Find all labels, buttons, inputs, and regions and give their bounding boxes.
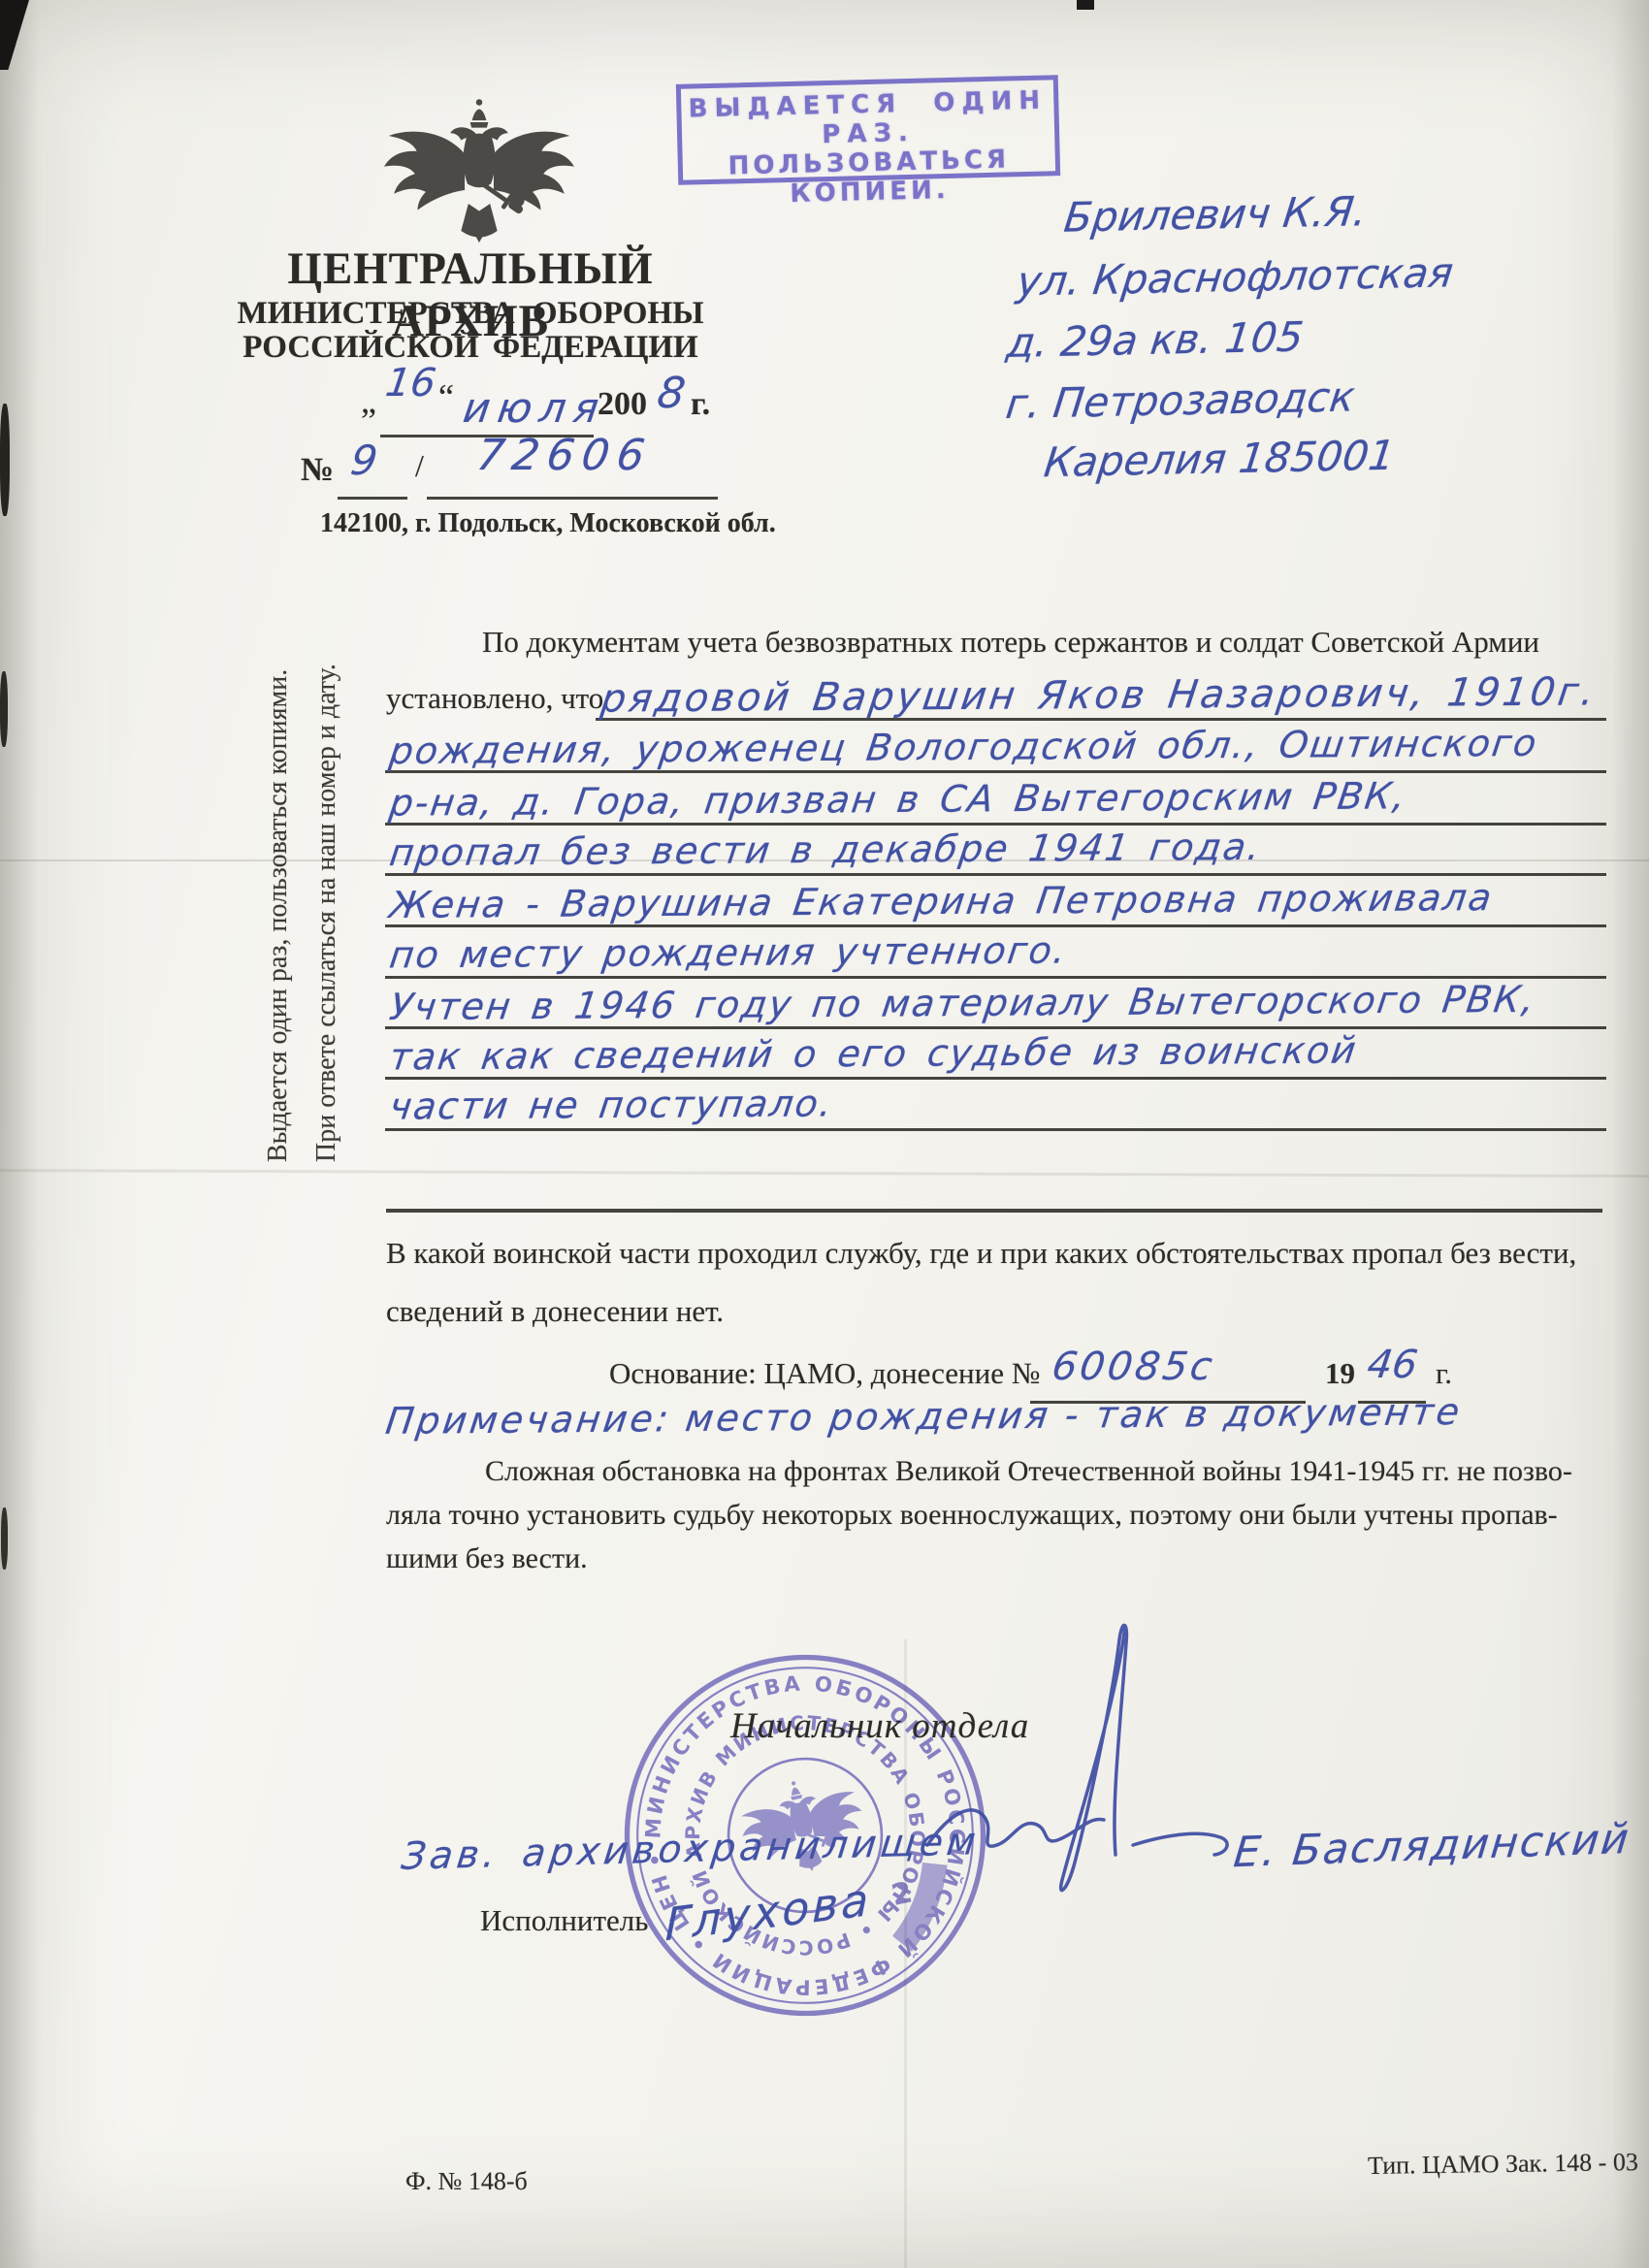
service-note-line-1: В какой воинской части проходил службу, … [386, 1236, 1576, 1271]
handwritten-line: так как сведений о его судьбе из воинско… [390, 1029, 1358, 1079]
scan-top-tick [1077, 0, 1094, 10]
handwritten-line: Учтен в 1946 году по материалу Вытегорск… [390, 978, 1536, 1028]
doc-number-separator: / [415, 448, 424, 484]
date-year-digit-handwritten: 8 [658, 369, 685, 418]
recipient-house: д. 29а кв. 105 [1007, 309, 1455, 367]
scanned-archive-letter: ВЫДАЕТСЯ ОДИН РАЗ. ПОЛЬЗОВАТЬСЯ КОПИЕЙ. … [0, 0, 1649, 2268]
side-note-1: Выдается один раз, пользоваться копиями. [254, 658, 303, 1162]
stamp-line-2: ПОЛЬЗОВАТЬСЯ КОПИЕЙ. [683, 144, 1056, 211]
date-day-handwritten: 16 [386, 361, 436, 405]
org-subtitle-1: МИНИСТЕРСТВА ОБОРОНЫ [228, 296, 713, 332]
signer-name-handwritten: Е. Баслядинский [1233, 1815, 1631, 1877]
closing-line-2: ляла точно установить судьбу некоторых в… [386, 1499, 1558, 1532]
chief-of-department-title: Начальник отдела [730, 1705, 1029, 1747]
date-quote-close: “ [438, 376, 454, 417]
ruled-line [427, 497, 718, 500]
doc-number-second-handwritten: 72606 [477, 431, 652, 480]
date-year-printed: 200 [598, 386, 647, 423]
handwritten-line: по месту рождения учтенного. [390, 929, 1068, 977]
scan-edge-mark [1, 1507, 8, 1570]
handwritten-line: р-на, д. Гора, призван в СА Вытегорским … [390, 774, 1407, 824]
scan-right-shade [1612, 0, 1649, 2268]
established-label: установлено, что [386, 681, 603, 716]
scan-edge-mark [0, 404, 10, 516]
basis-label: Основание: ЦАМО, донесение № [609, 1356, 1040, 1391]
handwritten-line: рождения, уроженец Вологодской обл., Ошт… [390, 722, 1538, 772]
executor-label: Исполнитель [480, 1903, 648, 1938]
body-intro: По документам учета безвозвратных потерь… [482, 625, 1539, 660]
ruled-line [385, 823, 1606, 826]
recipient-name: Брилевич К.Я. [1064, 185, 1452, 241]
recipient-street: ул. Краснофлотская [1017, 248, 1453, 305]
date-quote-open: „ [361, 380, 376, 421]
basis-year-handwritten: 46 [1368, 1343, 1417, 1387]
handwritten-line: Жена - Варушина Екатерина Петровна прожи… [390, 876, 1493, 926]
side-notes-vertical: Выдается один раз, пользоваться копиями.… [254, 658, 351, 1162]
section-divider [386, 1209, 1602, 1213]
coat-of-arms-eagle-icon [374, 95, 584, 258]
stamp-line-1: ВЫДАЕТСЯ ОДИН РАЗ. [681, 85, 1054, 152]
scan-edge-mark [0, 671, 8, 747]
basis-report-number-handwritten: 60085с [1052, 1345, 1214, 1389]
one-time-issue-stamp: ВЫДАЕТСЯ ОДИН РАЗ. ПОЛЬЗОВАТЬСЯ КОПИЕЙ. [676, 75, 1060, 185]
doc-number-first-handwritten: 9 [351, 437, 377, 484]
ruled-line [385, 1128, 1606, 1131]
basis-year-printed: 19 [1325, 1356, 1355, 1391]
scan-left-shade [0, 0, 39, 2268]
ruled-line [338, 497, 407, 500]
date-suffix: г. [691, 386, 710, 423]
recipient-address-block: Брилевич К.Я. ул. Краснофлотская д. 29а … [1016, 185, 1457, 486]
basis-suffix: г. [1436, 1356, 1452, 1391]
handwritten-line: пропал без вести в декабре 1941 года. [390, 826, 1262, 874]
side-note-2: При ответе ссылаться на наш номер и дату… [303, 658, 351, 1162]
recipient-city: г. Петрозаводск [1006, 371, 1456, 428]
closing-line-1: Сложная обстановка на фронтах Великой От… [485, 1455, 1572, 1488]
handwritten-line: части не поступало. [390, 1082, 833, 1127]
print-shop-footer: Тип. ЦАМО Зак. 148 - 03 [1368, 2148, 1638, 2181]
form-number-footer: Ф. № 148-б [405, 2167, 528, 2196]
handwritten-note: Примечание: место рождения - так в докум… [386, 1390, 1463, 1442]
date-month-handwritten: июля [464, 384, 606, 432]
handwritten-line: рядовой Варушин Яков Назарович, 1910г. [601, 669, 1597, 721]
fold-line [0, 1169, 1649, 1178]
postal-address: 142100, г. Подольск, Московской обл. [320, 508, 776, 539]
ruled-line [385, 1077, 1606, 1080]
org-subtitle-2: РОССИЙСКОЙ ФЕДЕРАЦИИ [228, 330, 713, 366]
recipient-region-zip: Карелия 185001 [1044, 430, 1457, 486]
closing-line-3: шими без вести. [386, 1542, 588, 1575]
doc-number-label: № [301, 452, 334, 489]
service-note-line-2: сведений в донесении нет. [386, 1294, 724, 1329]
